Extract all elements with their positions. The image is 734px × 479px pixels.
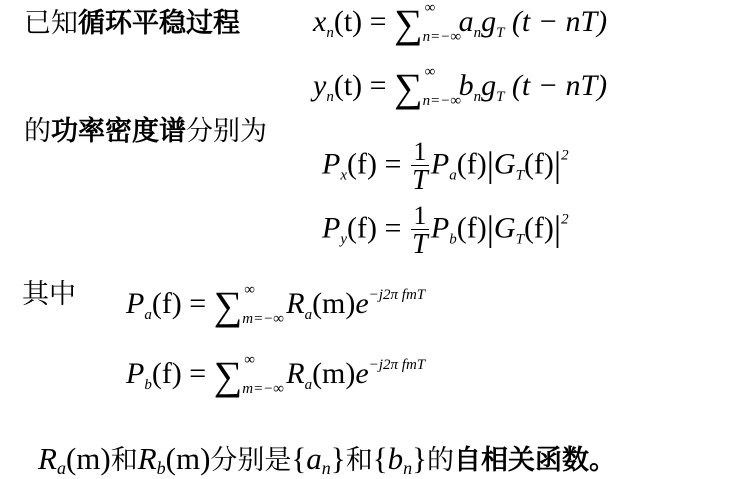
sum-upper: ∞ <box>244 353 255 368</box>
rbrace: } <box>412 441 427 476</box>
r: R <box>286 357 304 390</box>
e: e <box>355 287 368 320</box>
p-sub: b <box>144 377 152 393</box>
of: 的 <box>427 445 454 476</box>
sum-icon: ∑ <box>394 1 423 46</box>
and: 和 <box>111 445 138 476</box>
rbrace: } <box>331 441 346 476</box>
numerator: 1 <box>413 202 426 229</box>
p-sub: x <box>340 168 347 184</box>
x-symbol: x <box>313 5 326 38</box>
p2: P <box>431 212 449 245</box>
tail: (t − nT) <box>512 5 607 38</box>
sum-upper: ∞ <box>244 283 255 298</box>
where-text: 其中 <box>22 281 76 308</box>
g: G <box>494 148 516 181</box>
coef-sub: n <box>474 89 482 105</box>
exponent: −j2π fmT <box>369 287 425 303</box>
conclusion: Ra(m)和Rb(m)分别是{an}和{bn}的自相关函数。 <box>38 438 616 479</box>
sum-lower: m=−∞ <box>242 312 284 327</box>
lbrace: { <box>373 441 388 476</box>
psd-suffix: 分别为 <box>186 116 267 147</box>
sum-lower: n=−∞ <box>423 94 461 109</box>
p2-arg: (f) <box>457 148 487 181</box>
g-sub: T <box>496 89 504 105</box>
y-sub: n <box>326 89 334 105</box>
sum-limits: ∞m=−∞ <box>242 291 286 321</box>
r-sub: a <box>305 307 313 323</box>
psd-prefix: 的 <box>24 116 51 147</box>
g-arg: (f) <box>524 148 554 181</box>
lbrace: { <box>291 441 306 476</box>
g-sub: T <box>516 168 524 184</box>
a: a <box>306 441 322 476</box>
abs-bar: | <box>487 145 494 185</box>
equation-pb: Pb(f) = ∑∞m=−∞Ra(m)e−j2π fmT <box>126 356 425 396</box>
r-arg: (m) <box>66 441 111 476</box>
p-arg: (f) = <box>347 148 409 181</box>
sum-lower: m=−∞ <box>242 382 284 397</box>
g-sub: T <box>516 232 524 248</box>
sum-lower: n=−∞ <box>423 30 461 45</box>
x-sub: n <box>326 25 334 41</box>
denominator: T <box>412 230 428 259</box>
p: P <box>322 148 340 181</box>
b: b <box>388 441 404 476</box>
bn: bn <box>388 441 413 476</box>
exponent: 2 <box>561 212 569 228</box>
psd-bold: 功率密度谱 <box>51 116 186 147</box>
p: P <box>126 357 144 390</box>
r: R <box>38 441 57 476</box>
e: e <box>355 357 368 390</box>
sum-limits: ∞m=−∞ <box>242 361 286 391</box>
p2-sub: a <box>449 168 457 184</box>
r-arg: (m) <box>312 357 355 390</box>
r-sub: a <box>57 458 66 478</box>
a-sub: n <box>322 458 331 478</box>
p2: P <box>431 148 449 181</box>
exponent: 2 <box>561 148 569 164</box>
equation-pa: Pa(f) = ∑∞m=−∞Ra(m)e−j2π fmT <box>126 286 425 326</box>
x-arg: (t) = <box>334 5 394 38</box>
exponent: −j2π fmT <box>369 357 425 373</box>
denominator: T <box>412 166 428 195</box>
g: g <box>481 5 496 38</box>
b-sub: n <box>403 458 412 478</box>
autocorrelation-bold: 自相关函数。 <box>454 445 616 476</box>
coef-sub: n <box>474 25 482 41</box>
intro-prefix: 已知 <box>24 8 78 39</box>
p: P <box>322 212 340 245</box>
r-arg: (m) <box>312 287 355 320</box>
p-sub: a <box>144 307 152 323</box>
equation-x: xn(t) = ∑∞n=−∞angT (t − nT) <box>313 4 607 44</box>
p-arg: (f) = <box>152 287 214 320</box>
fraction: 1T <box>411 138 429 196</box>
numerator: 1 <box>413 138 426 165</box>
y-arg: (t) = <box>334 69 394 102</box>
sum-limits: ∞n=−∞ <box>423 9 459 39</box>
p: P <box>126 287 144 320</box>
g-sub: T <box>496 25 504 41</box>
g: g <box>481 69 496 102</box>
p2-arg: (f) <box>457 212 487 245</box>
p-arg: (f) = <box>347 212 409 245</box>
ra: Ra(m) <box>38 441 111 476</box>
intro-bold: 循环平稳过程 <box>78 8 240 39</box>
g-arg: (f) <box>524 212 554 245</box>
sum-upper: ∞ <box>425 65 436 80</box>
intro-text: 已知循环平稳过程 <box>24 10 240 37</box>
r-sub: b <box>157 458 166 478</box>
sum-limits: ∞n=−∞ <box>423 73 459 103</box>
sum-icon: ∑ <box>394 65 423 110</box>
y-symbol: y <box>313 69 326 102</box>
equation-py: Py(f) = 1TPb(f)|GT(f)|2 <box>322 202 569 260</box>
r-arg: (m) <box>166 441 211 476</box>
g: G <box>494 212 516 245</box>
r: R <box>138 441 157 476</box>
sum-upper: ∞ <box>425 1 436 16</box>
psd-text: 的功率密度谱分别为 <box>24 118 267 145</box>
equation-y: yn(t) = ∑∞n=−∞bngT (t − nT) <box>313 68 607 108</box>
fraction: 1T <box>411 202 429 260</box>
rb: Rb(m) <box>138 441 211 476</box>
p2-sub: b <box>449 232 457 248</box>
sum-icon: ∑ <box>214 353 243 398</box>
respectively: 分别是 <box>210 445 291 476</box>
r-sub: a <box>305 377 313 393</box>
p-arg: (f) = <box>152 357 214 390</box>
tail: (t − nT) <box>512 69 607 102</box>
and: 和 <box>346 445 373 476</box>
r: R <box>286 287 304 320</box>
abs-bar: | <box>487 209 494 249</box>
equation-px: Px(f) = 1TPa(f)|GT(f)|2 <box>322 138 569 196</box>
p-sub: y <box>340 232 347 248</box>
sum-icon: ∑ <box>214 283 243 328</box>
an: an <box>306 441 331 476</box>
